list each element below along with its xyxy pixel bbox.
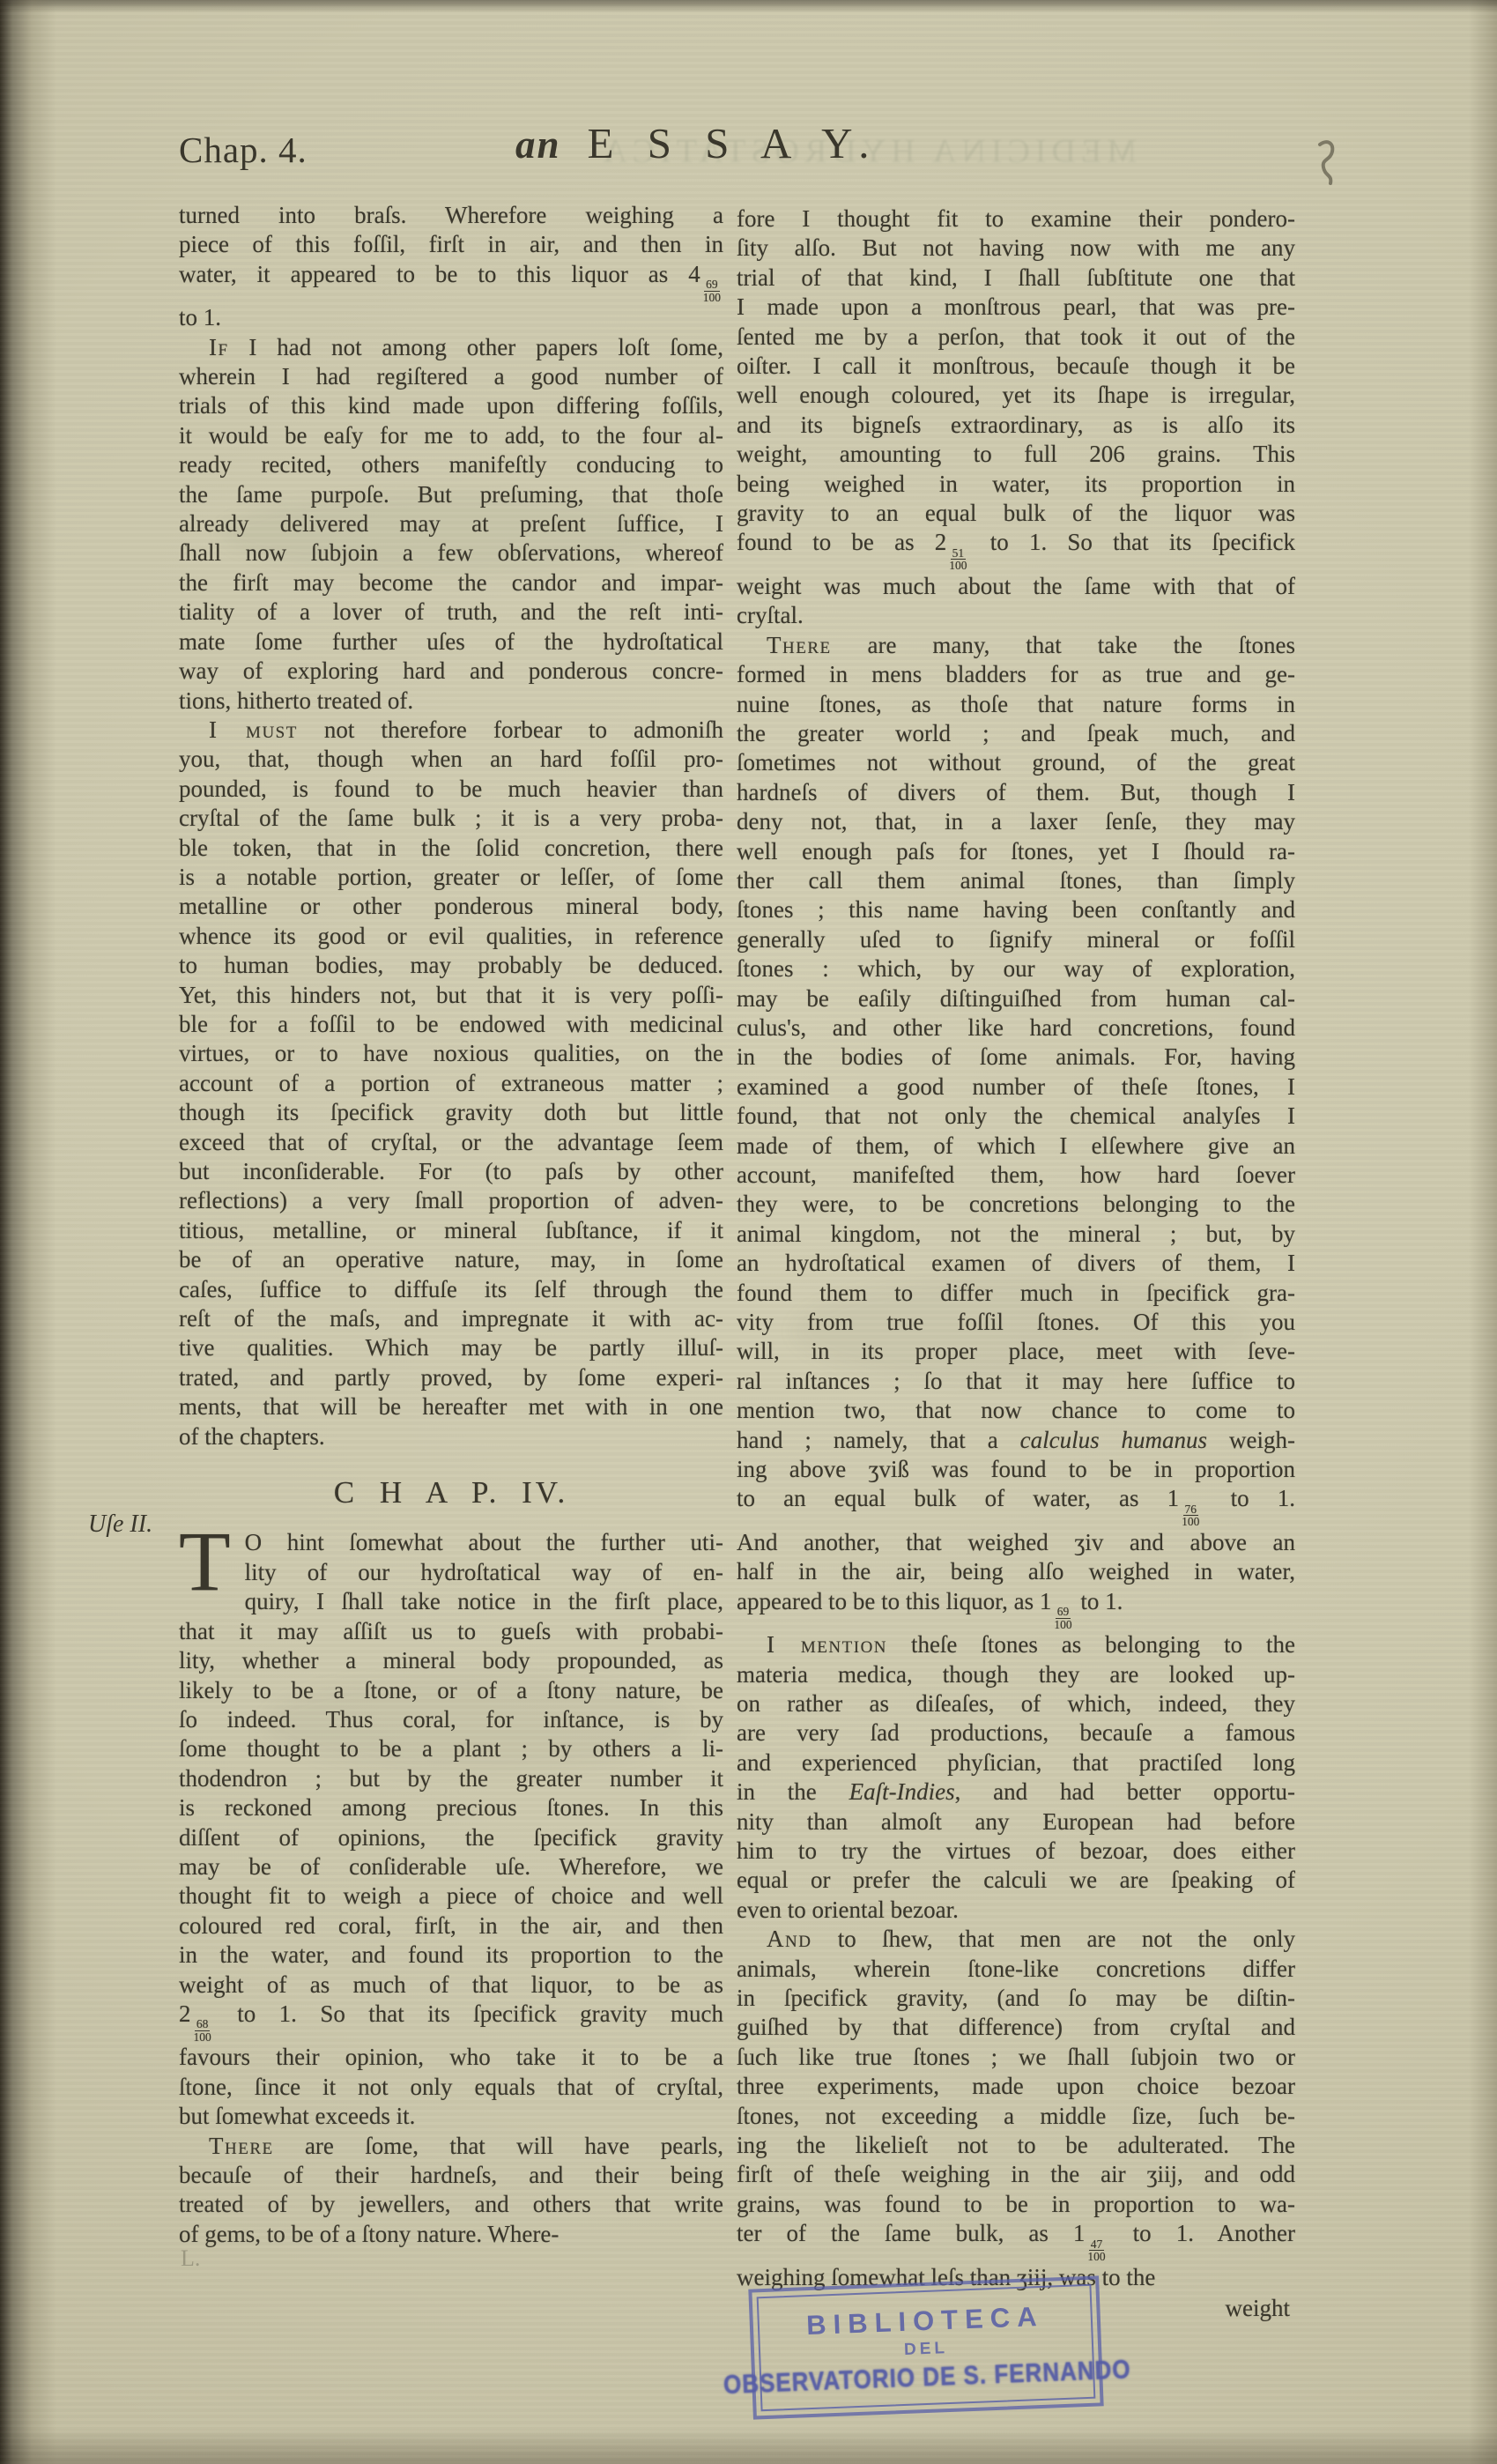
text-line: lity, whether a mineral body propounded,… (179, 1646, 723, 1675)
text-line: ſhall now ſubjoin a few obſervations, wh… (179, 538, 723, 568)
text-line: in the water, and found its proportion t… (179, 1941, 723, 1970)
text-line: ther call them animal ſtones, than ſimpl… (737, 866, 1295, 895)
library-stamp-line2: DEL (904, 2339, 949, 2360)
text-line: turned into braſs. Wherefore weighing a (179, 201, 723, 230)
text-line: in the Eaſt-Indies, and had better oppor… (737, 1777, 1295, 1807)
text-line: nity than almoſt any European had before (737, 1807, 1295, 1837)
text-line: him to try the virtues of bezoar, does e… (737, 1837, 1295, 1866)
margin-note-use: Uſe II. (88, 1510, 152, 1539)
text-line: the greater world ; and ſpeak much, and (737, 719, 1295, 748)
text-line: grains, was found to be in proportion to… (737, 2190, 1295, 2219)
text-line: made of them, of which I elſewhere give … (737, 1132, 1295, 1161)
paragraph: There are ſome, that will have pearls,be… (179, 2132, 723, 2250)
text-line: mention two, that now chance to come to (737, 1396, 1295, 1425)
text-line: ſuch like true ſtones ; we ſhall ſubjoin… (737, 2043, 1295, 2072)
text-line: equal or prefer the calculi we are ſpeak… (737, 1866, 1295, 1895)
text-line: ing above ʒviß was found to be in propor… (737, 1455, 1295, 1484)
text-line: way of exploring hard and ponderous conc… (179, 657, 723, 686)
text-line: metalline or other ponderous mineral bod… (179, 892, 723, 921)
text-line: ral inſtances ; ſo that it may here ſuff… (737, 1367, 1295, 1396)
text-line: reſt of the maſs, and impregnate it with… (179, 1304, 723, 1333)
text-line: mate ſome further uſes of the hydroſtati… (179, 627, 723, 657)
paragraph: I must not therefore forbear to admoniſh… (179, 716, 723, 1451)
text-line: animal kingdom, not the mineral ; but, b… (737, 1220, 1295, 1249)
text-line: trial of that kind, I ſhall ſubſtitute o… (737, 263, 1295, 293)
text-line: tions, hitherto treated of. (179, 687, 723, 716)
text-line: gravity to an equal bulk of the liquor w… (737, 499, 1295, 528)
text-line: deny not, that, in a laxer ſenſe, they m… (737, 807, 1295, 836)
text-line: There are ſome, that will have pearls, (179, 2132, 723, 2161)
text-line: to human bodies, may probably be deduced… (179, 951, 723, 980)
text-line: exceed that of cryſtal, or the advantage… (179, 1128, 723, 1157)
pen-mark (1315, 137, 1341, 187)
text-line: There are many, that take the ſtones (737, 631, 1295, 660)
text-line: piece of this foſſil, firſt in air, and … (179, 230, 723, 259)
text-line: caſes, ſuffice to diffuſe its ſelf throu… (179, 1275, 723, 1304)
text-line: 268100 to 1. So that its ſpecifick gravi… (179, 2000, 723, 2043)
text-line: lity of our hydroſtatical way of en- (179, 1558, 723, 1587)
text-line: cryſtal. (737, 601, 1295, 630)
text-line: trials of this kind made upon differing … (179, 391, 723, 420)
signature-mark: L. (181, 2245, 200, 2272)
text-line: and experienced phyſician, that practiſe… (737, 1748, 1295, 1777)
text-line: generally uſed to ſignify mineral or foſ… (737, 925, 1295, 954)
running-head-title-prefix: an (515, 122, 561, 167)
text-line: tive qualities. Which may be partly illu… (179, 1333, 723, 1362)
paragraph: I mention theſe ſtones as belonging to t… (737, 1630, 1295, 1925)
text-line: though its ſpecifick gravity doth but li… (179, 1098, 723, 1127)
text-line: fore I thought fit to examine their pond… (737, 204, 1295, 234)
paragraph: turned into braſs. Wherefore weighing ap… (179, 201, 723, 333)
text-line: guiſhed by that difference) from cryſtal… (737, 2013, 1295, 2042)
paragraph: And to ſhew, that men are not the onlyan… (737, 1925, 1295, 2292)
text-line: being weighed in water, its proportion i… (737, 470, 1295, 499)
text-line: weight was much about the ſame with that… (737, 572, 1295, 601)
text-line: on rather as diſeaſes, of which, indeed,… (737, 1689, 1295, 1718)
library-stamp-border: BIBLIOTECA DEL OBSERVATORIO DE S. FERNAN… (757, 2284, 1096, 2411)
text-line: thought fit to weigh a piece of choice a… (179, 1881, 723, 1911)
text-line: oiſter. I call it monſtrous, becauſe tho… (737, 352, 1295, 381)
text-line: reflections) a very ſmall proportion of … (179, 1186, 723, 1215)
text-line: the firſt may become the candor and impa… (179, 568, 723, 597)
text-line: firſt of theſe weighing in the air ʒiij,… (737, 2160, 1295, 2189)
text-line: animals, wherein ſtone-like concretions … (737, 1955, 1295, 1984)
text-line: tiality of a lover of truth, and the reſ… (179, 597, 723, 627)
chapter-heading: C H A P. IV. (179, 1478, 723, 1507)
text-line: of the chapters. (179, 1422, 723, 1451)
text-line: in ſpecifick gravity, (and ſo may be diſ… (737, 1984, 1295, 2013)
text-line: found, that not only the chemical analyſ… (737, 1102, 1295, 1131)
text-line: diſſent of opinions, the ſpecifick gravi… (179, 1823, 723, 1852)
text-line: thodendron ; but by the greater number i… (179, 1764, 723, 1793)
text-line: and its bigneſs extraordinary, as is alſ… (737, 411, 1295, 440)
library-stamp-line3: OBSERVATORIO DE S. FERNANDO (723, 2353, 1131, 2400)
text-line: favours their opinion, who take it to be… (179, 2043, 723, 2072)
text-line: well enough paſs for ſtones, yet I ſhoul… (737, 837, 1295, 866)
text-line: they were, to be concretions belonging t… (737, 1190, 1295, 1219)
text-line: nuine ſtones, as thoſe that nature forms… (737, 690, 1295, 719)
text-line: examined a good number of theſe ſtones, … (737, 1072, 1295, 1102)
text-line: may be of conſiderable uſe. Wherefore, w… (179, 1852, 723, 1881)
text-line: hand ; namely, that a calculus humanus w… (737, 1426, 1295, 1455)
text-line: ſo indeed. Thus coral, for inſtance, is … (179, 1705, 723, 1734)
text-line: pounded, is found to be much heavier tha… (179, 775, 723, 804)
text-line: is reckoned among precious ſtones. In th… (179, 1793, 723, 1822)
text-line: even to oriental bezoar. (737, 1896, 1295, 1925)
text-line: ſity alſo. But not having now with me an… (737, 234, 1295, 263)
text-line: you, that, though when an hard foſſil pr… (179, 745, 723, 774)
text-line: ble for a foſſil to be endowed with medi… (179, 1010, 723, 1039)
text-line: titious, metalline, or mineral ſubſtance… (179, 1216, 723, 1245)
column-left: turned into braſs. Wherefore weighing ap… (179, 201, 723, 2249)
text-line: whence its good or evil qualities, in re… (179, 922, 723, 951)
text-line: ſtones : which, by our way of exploratio… (737, 954, 1295, 983)
text-line: ments, that will be hereafter met with i… (179, 1392, 723, 1421)
column-right: fore I thought fit to examine their pond… (737, 204, 1295, 2324)
text-line: to 1. (179, 303, 723, 332)
text-line: already delivered may at preſent ſuffice… (179, 509, 723, 538)
text-line: will, in its proper place, meet with ſev… (737, 1337, 1295, 1366)
text-line: found to be as 251100 to 1. So that its … (737, 528, 1295, 571)
text-line: And to ſhew, that men are not the only (737, 1925, 1295, 1954)
text-line: are very ſad productions, becauſe a famo… (737, 1718, 1295, 1748)
text-line: virtues, or to have noxious qualities, o… (179, 1039, 723, 1068)
text-line: account of a portion of extraneous matte… (179, 1069, 723, 1098)
text-line: quiry, I ſhall take notice in the firſt … (179, 1587, 723, 1616)
text-line: that it may aſſiſt us to gueſs with prob… (179, 1617, 723, 1646)
text-line: ſtones ; this name having been conſtantl… (737, 895, 1295, 924)
text-line: trated, and partly proved, by ſome exper… (179, 1363, 723, 1392)
text-line: culus's, and other like hard concretions… (737, 1013, 1295, 1043)
running-head-title-main: E S S A Y. (588, 119, 881, 167)
text-line: half in the air, being alſo weighed in w… (737, 1557, 1295, 1586)
text-line: vity from true foſſil ſtones. Of this yo… (737, 1308, 1295, 1337)
library-stamp-line1: BIBLIOTECA (806, 2300, 1045, 2341)
running-head-title: anE S S A Y. (515, 118, 1079, 168)
text-line: I mention theſe ſtones as belonging to t… (737, 1630, 1295, 1659)
paragraph: fore I thought fit to examine their pond… (737, 204, 1295, 631)
text-line: water, it appeared to be to this liquor … (179, 260, 723, 303)
text-line: appeared to be to this liquor, as 169100… (737, 1587, 1295, 1630)
text-line: ſented me by a perſon, that took it out … (737, 323, 1295, 352)
text-line: three experiments, made upon choice bezo… (737, 2072, 1295, 2101)
text-line: wherein I had regiſtered a good number o… (179, 362, 723, 391)
text-line: weight of as much of that liquor, to be … (179, 1970, 723, 2000)
text-line: likely to be a ſtone, or of a ſtony natu… (179, 1676, 723, 1705)
text-line: to an equal bulk of water, as 176100 to … (737, 1484, 1295, 1527)
text-line: If I had not among other papers loſt ſom… (179, 333, 723, 362)
text-line: I must not therefore forbear to admoniſh (179, 716, 723, 745)
text-line: an hydroſtatical examen of divers of the… (737, 1249, 1295, 1278)
text-line: becauſe of their hardneſs, and their bei… (179, 2161, 723, 2190)
text-line: is a notable portion, greater or leſſer,… (179, 863, 723, 892)
text-line: cryſtal of the ſame bulk ; it is a very … (179, 804, 723, 833)
text-line: may be eaſily diſtinguiſhed from human c… (737, 984, 1295, 1013)
text-line: Yet, this hinders not, but that it is ve… (179, 981, 723, 1010)
text-line: I made upon a monſtrous pearl, that was … (737, 293, 1295, 322)
text-line: of gems, to be of a ſtony nature. Where- (179, 2220, 723, 2249)
text-line: formed in mens bladders for as true and … (737, 660, 1295, 689)
text-line: ſome thought to be a plant ; by others a… (179, 1734, 723, 1763)
running-head-chapter: Chap. 4. (179, 129, 308, 171)
text-line: And another, that weighed ʒiv and above … (737, 1528, 1295, 1557)
text-line: coloured red coral, firſt, in the air, a… (179, 1911, 723, 1941)
text-line: ſtones, not exceeding a middle ſize, ſuc… (737, 2102, 1295, 2131)
text-line: be of an operative nature, may, in ſome (179, 1245, 723, 1274)
paragraph: If I had not among other papers loſt ſom… (179, 333, 723, 716)
text-line: found them to differ much in ſpecifick g… (737, 1279, 1295, 1308)
text-line: in the bodies of ſome animals. For, havi… (737, 1043, 1295, 1072)
text-line: well enough coloured, yet its ſhape is i… (737, 381, 1295, 410)
text-line: but inconſiderable. For (to paſs by othe… (179, 1157, 723, 1186)
book-page-scan: MEDICINA HYDROSTATICA Chap. 4. anE S S A… (0, 0, 1497, 2464)
text-line: weight, amounting to full 206 grains. Th… (737, 440, 1295, 469)
text-line: O hint ſomewhat about the further uti- (179, 1528, 723, 1557)
text-line: hardneſs of divers of them. But, though … (737, 778, 1295, 807)
paragraph: TO hint ſomewhat about the further uti-l… (179, 1528, 723, 2131)
library-stamp: BIBLIOTECA DEL OBSERVATORIO DE S. FERNAN… (748, 2275, 1103, 2419)
text-line: ter of the ſame bulk, as 147100 to 1. An… (737, 2219, 1295, 2262)
paragraph: There are many, that take the ſtonesform… (737, 631, 1295, 1630)
text-line: ſtone, ſince it not only equals that of … (179, 2073, 723, 2102)
text-line: the ſame purpoſe. But preſuming, that th… (179, 480, 723, 509)
text-line: ing the likelieſt not to be adulterated.… (737, 2131, 1295, 2160)
text-line: account, manifeſted them, how hard ſoeve… (737, 1161, 1295, 1190)
text-line: treated of by jewellers, and others that… (179, 2190, 723, 2219)
drop-cap: T (179, 1528, 245, 1590)
text-line: ready recited, others manifeſtly conduci… (179, 450, 723, 479)
text-line: it would be eaſy for me to add, to the f… (179, 421, 723, 450)
text-line: but ſomewhat exceeds it. (179, 2102, 723, 2131)
text-line: ble token, that in the ſolid concretion,… (179, 834, 723, 863)
text-line: materia medica, though they are looked u… (737, 1660, 1295, 1689)
text-line: ſometimes not without ground, of the gre… (737, 748, 1295, 777)
